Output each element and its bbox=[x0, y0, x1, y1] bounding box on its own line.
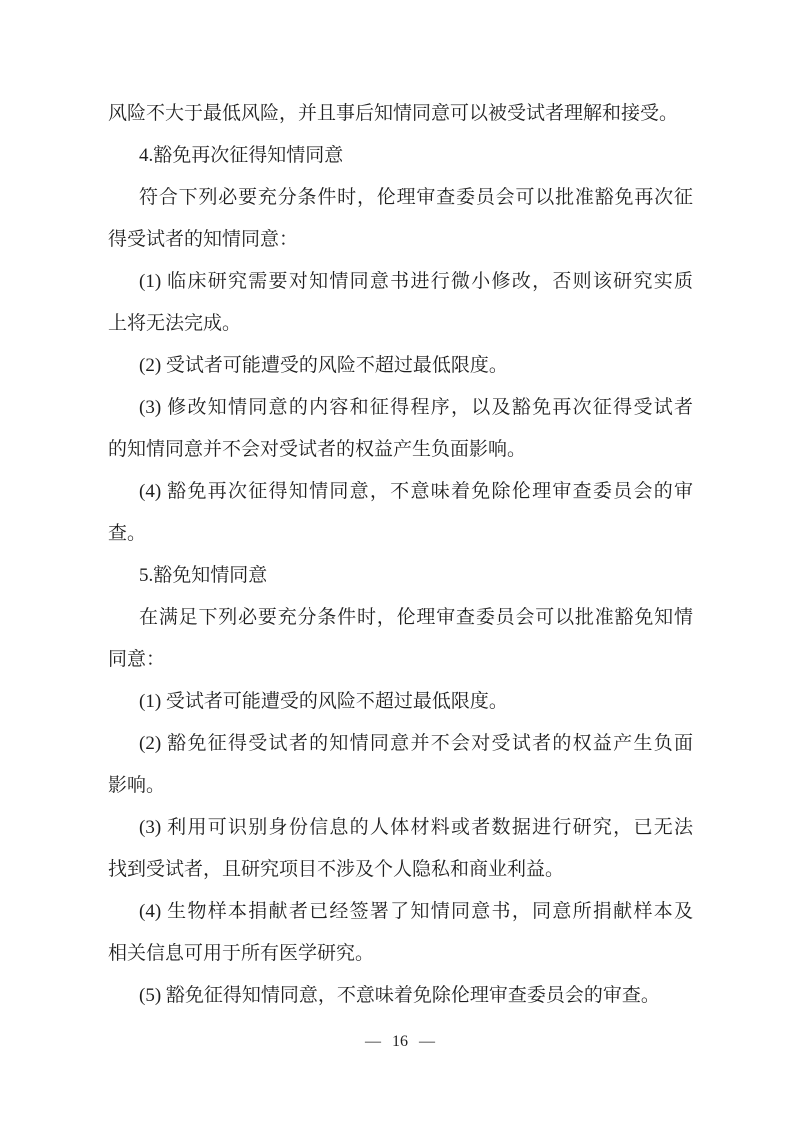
section-4-heading: 4.豁免再次征得知情同意 bbox=[108, 135, 693, 177]
body-line: 在满足下列必要充分条件时，伦理审查委员会可以批准豁免知情 bbox=[108, 597, 693, 639]
list-item-line: 影响。 bbox=[108, 765, 693, 807]
document-page: 风险不大于最低风险，并且事后知情同意可以被受试者理解和接受。 4.豁免再次征得知… bbox=[0, 0, 800, 1131]
body-line: 得受试者的知情同意： bbox=[108, 219, 693, 261]
list-item-line: (1) 受试者可能遭受的风险不超过最低限度。 bbox=[108, 681, 693, 723]
list-item-line: 相关信息可用于所有医学研究。 bbox=[108, 933, 693, 975]
list-item-line: (1) 临床研究需要对知情同意书进行微小修改，否则该研究实质 bbox=[108, 261, 693, 303]
document-body: 风险不大于最低风险，并且事后知情同意可以被受试者理解和接受。 4.豁免再次征得知… bbox=[108, 93, 693, 1017]
list-item-line: 查。 bbox=[108, 513, 693, 555]
list-item-line: 的知情同意并不会对受试者的权益产生负面影响。 bbox=[108, 429, 693, 471]
body-line: 同意： bbox=[108, 639, 693, 681]
list-item-line: (5) 豁免征得知情同意，不意味着免除伦理审查委员会的审查。 bbox=[108, 975, 693, 1017]
list-item-line: 找到受试者，且研究项目不涉及个人隐私和商业利益。 bbox=[108, 849, 693, 891]
body-line: 符合下列必要充分条件时，伦理审查委员会可以批准豁免再次征 bbox=[108, 177, 693, 219]
section-5-heading: 5.豁免知情同意 bbox=[108, 555, 693, 597]
body-line: 风险不大于最低风险，并且事后知情同意可以被受试者理解和接受。 bbox=[108, 93, 693, 135]
list-item-line: (3) 利用可识别身份信息的人体材料或者数据进行研究，已无法 bbox=[108, 807, 693, 849]
list-item-line: 上将无法完成。 bbox=[108, 303, 693, 345]
list-item-line: (4) 生物样本捐献者已经签署了知情同意书，同意所捐献样本及 bbox=[108, 891, 693, 933]
list-item-line: (4) 豁免再次征得知情同意，不意味着免除伦理审查委员会的审 bbox=[108, 471, 693, 513]
list-item-line: (2) 受试者可能遭受的风险不超过最低限度。 bbox=[108, 345, 693, 387]
list-item-line: (3) 修改知情同意的内容和征得程序，以及豁免再次征得受试者 bbox=[108, 387, 693, 429]
page-number: — 16 — bbox=[0, 1031, 800, 1053]
list-item-line: (2) 豁免征得受试者的知情同意并不会对受试者的权益产生负面 bbox=[108, 723, 693, 765]
